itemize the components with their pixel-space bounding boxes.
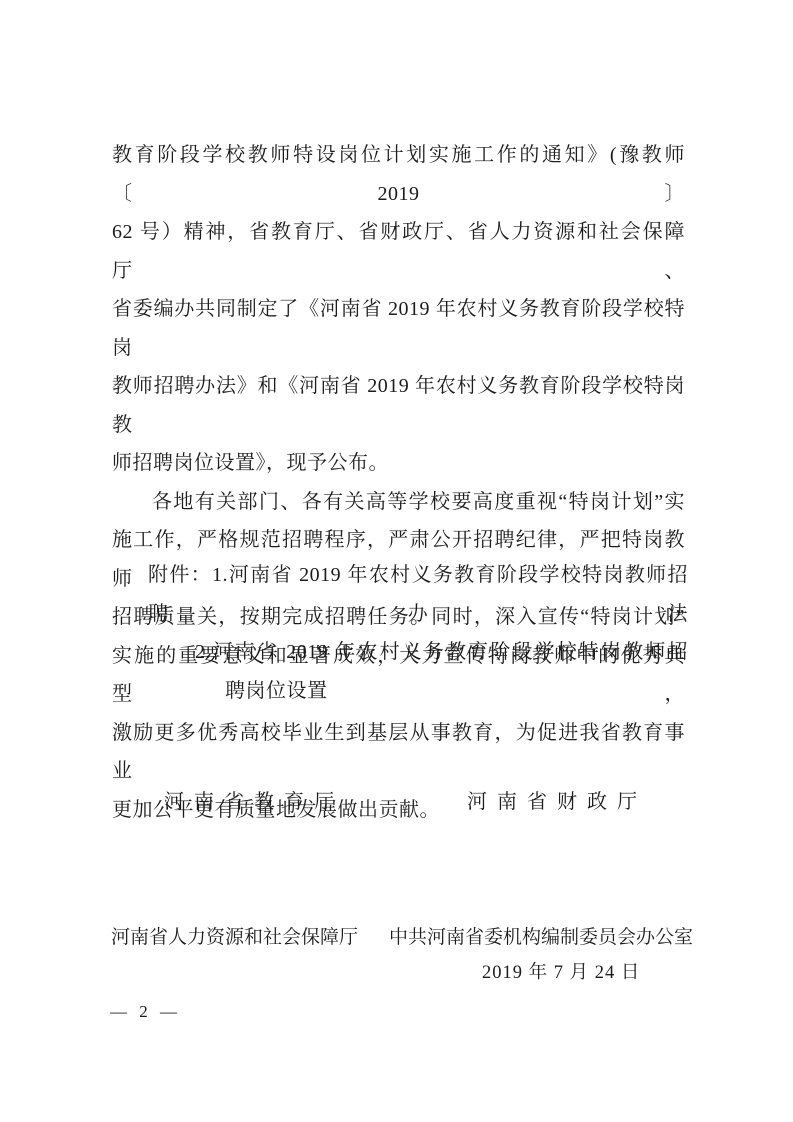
signature-party-committee-office: 中共河南省委机构编制委员会办公室 — [389, 922, 693, 949]
paragraph2-line: 各地有关部门、各有关高等学校要高度重视“特岗计划”实 — [112, 483, 685, 522]
document-page: 教育阶段学校教师特设岗位计划实施工作的通知》(豫教师〔2019〕 62 号）精神… — [0, 0, 793, 1122]
signature-finance-dept: 河南省财政厅 — [467, 785, 647, 814]
paragraph2-line: 激励更多优秀高校毕业生到基层从事教育，为促进我省教育事业 — [112, 714, 685, 791]
body-text: 教育阶段学校教师特设岗位计划实施工作的通知》(豫教师〔2019〕 62 号）精神… — [112, 136, 685, 829]
paragraph1-line: 教育阶段学校教师特设岗位计划实施工作的通知》(豫教师〔2019〕 — [112, 136, 685, 213]
paragraph1-line: 省委编办共同制定了《河南省 2019 年农村义务教育阶段学校特岗 — [112, 290, 685, 367]
attachment-list: 附件：1.河南省 2019 年农村义务教育阶段学校特岗教师招聘办法 2.河南省 … — [148, 556, 688, 710]
attachment-item: 2.河南省 2019 年农村义务教育阶段学校特岗教师招 — [148, 633, 688, 672]
paragraph1-line: 62 号）精神，省教育厅、省财政厅、省人力资源和社会保障厅、 — [112, 213, 685, 290]
document-date: 2019 年 7 月 24 日 — [482, 958, 640, 984]
attachment-item: 附件：1.河南省 2019 年农村义务教育阶段学校特岗教师招聘办法 — [148, 556, 688, 633]
attachment-item: 聘岗位设置 — [148, 672, 688, 711]
signature-education-dept: 河南省教育厅 — [164, 785, 344, 814]
paragraph1-line: 教师招聘办法》和《河南省 2019 年农村义务教育阶段学校特岗教 — [112, 367, 685, 444]
paragraph1-line: 师招聘岗位设置》，现予公布。 — [112, 444, 685, 483]
signature-row-2: 河南省人力资源和社会保障厅 中共河南省委机构编制委员会办公室 — [111, 922, 693, 949]
page-number: — 2 — — [110, 1002, 181, 1022]
signature-hr-social-security-dept: 河南省人力资源和社会保障厅 — [111, 922, 358, 949]
